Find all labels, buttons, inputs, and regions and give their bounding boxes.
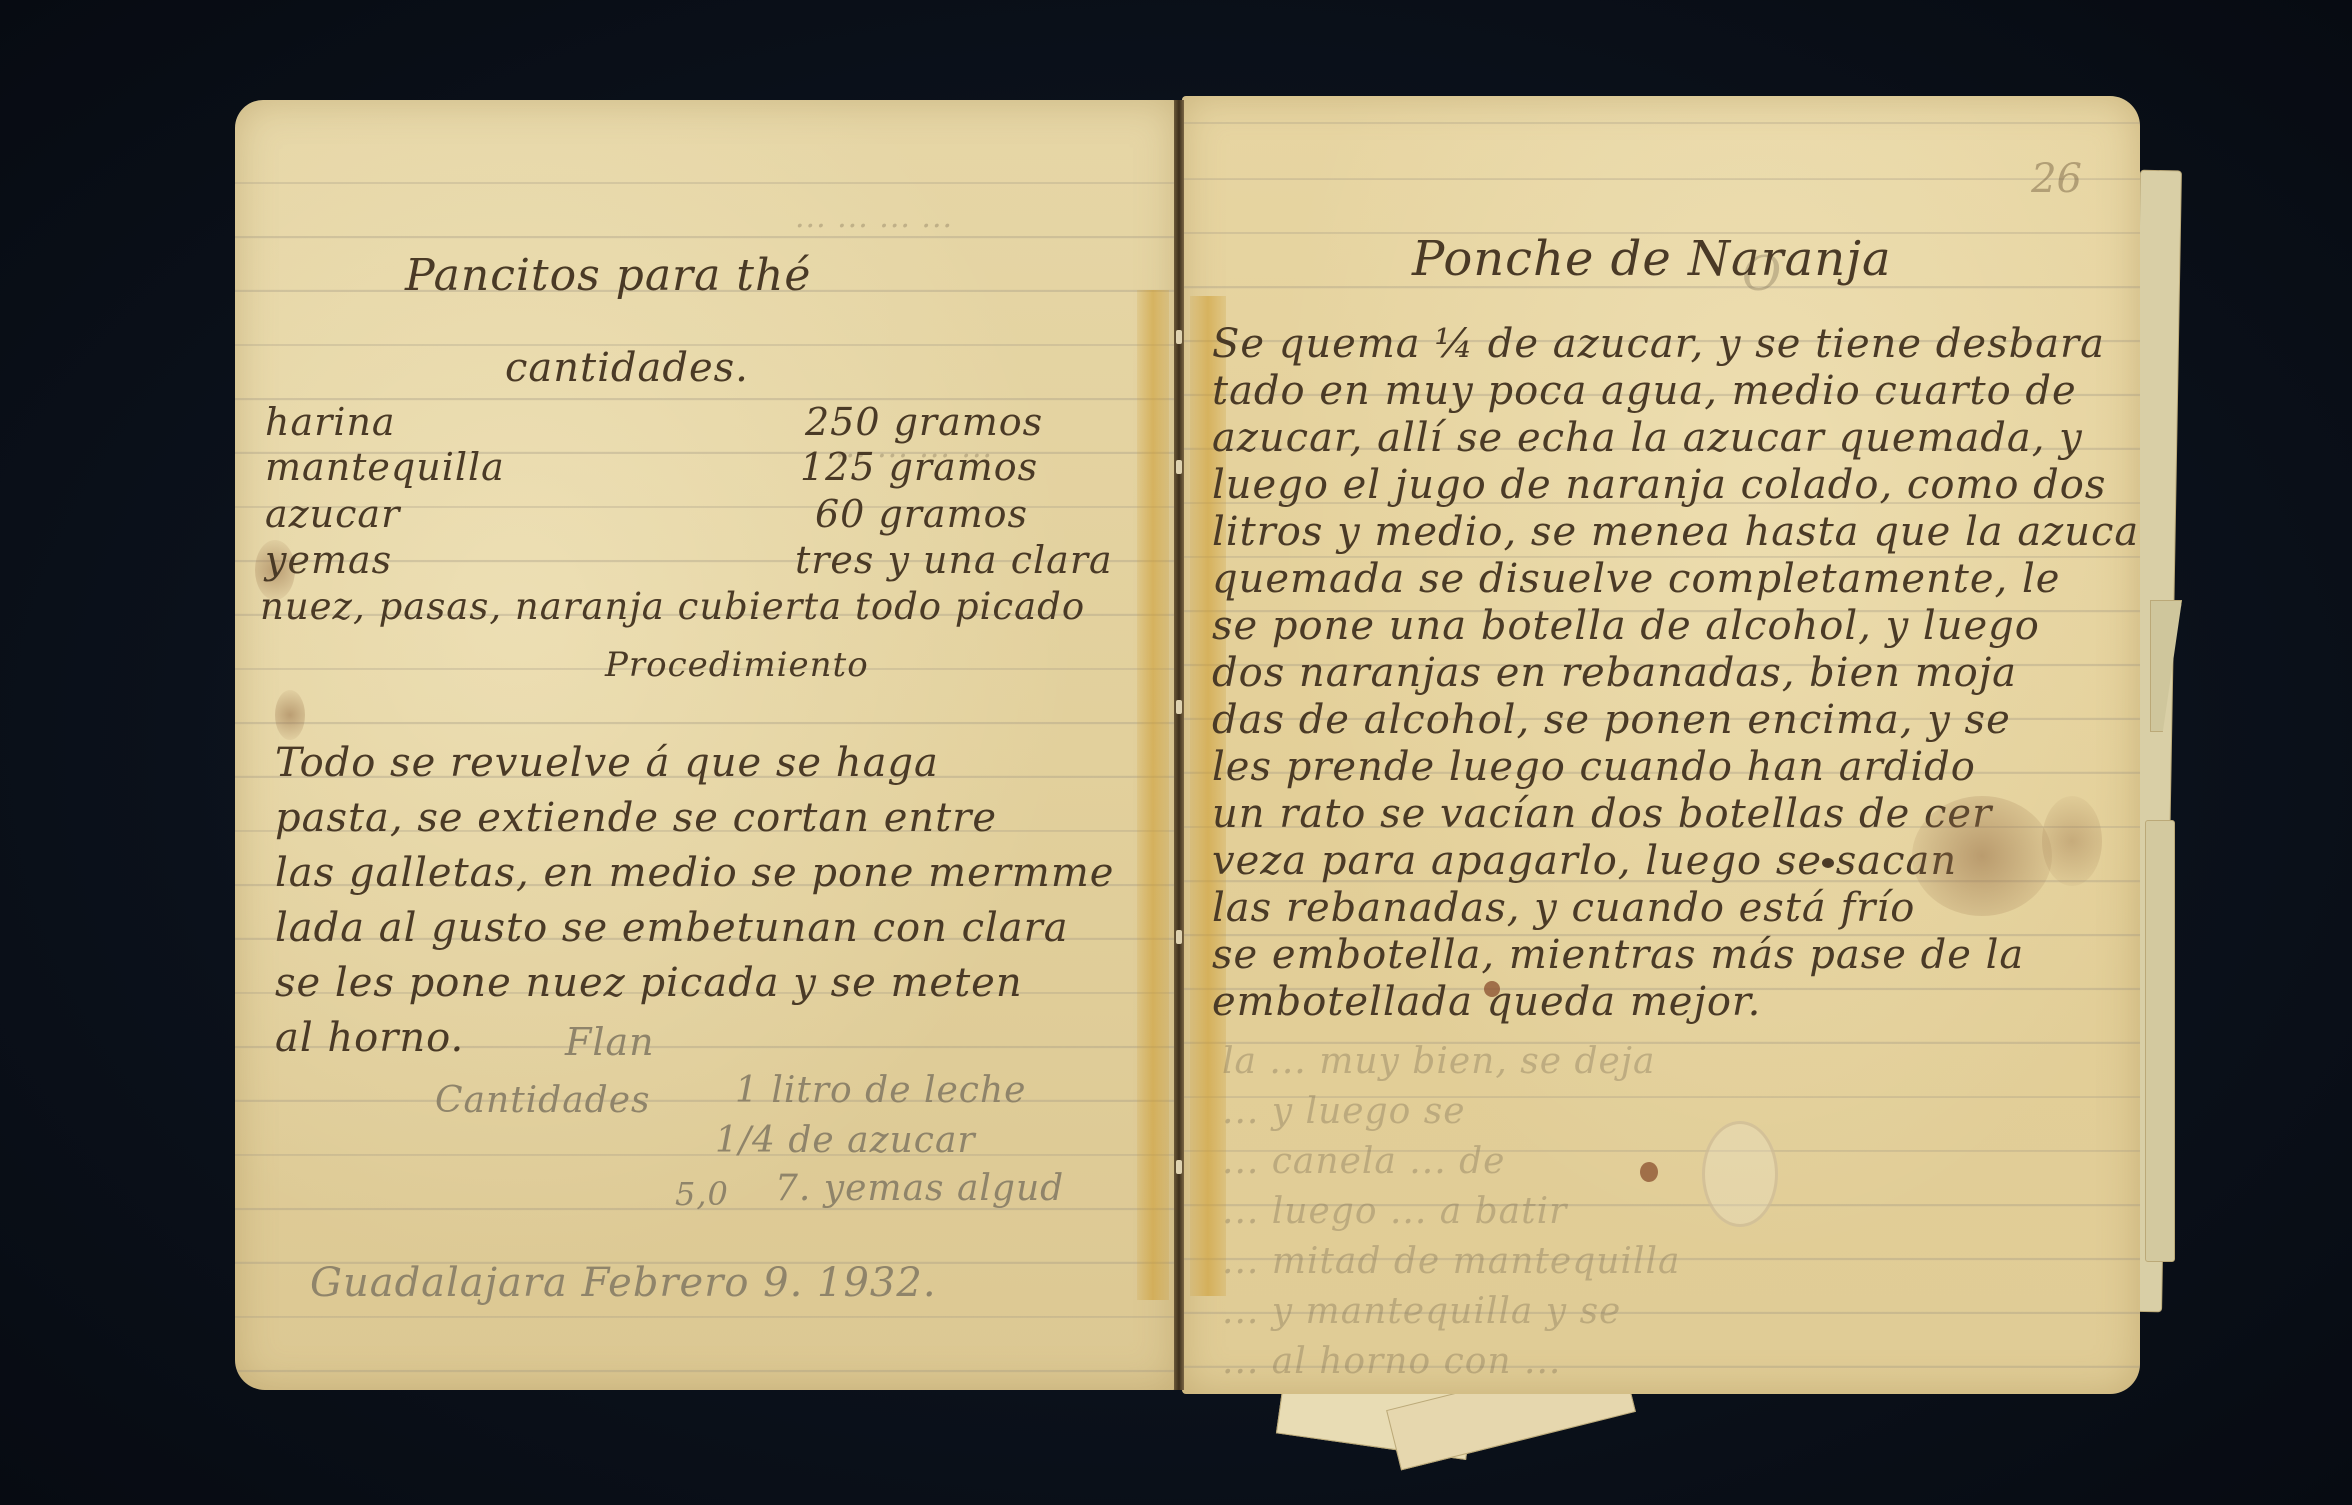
bleed-through-text: ... mitad de mantequilla xyxy=(1222,1241,1680,1282)
ingredient-amount: 250 gramos xyxy=(805,400,1043,444)
procedure-line: las galletas, en medio se pone mermme xyxy=(275,850,1114,896)
bleed-through-text: ... ... ... ... xyxy=(795,200,953,235)
ingredient-name: azucar xyxy=(265,492,400,536)
ingredient-amount: 125 gramos xyxy=(800,445,1038,489)
procedure-heading: Procedimiento xyxy=(605,645,869,685)
binding-spine xyxy=(1174,100,1184,1390)
body-line: litros y medio, se menea hasta que la az… xyxy=(1212,509,2140,555)
ingredient-amount: tres y una clara xyxy=(795,538,1113,582)
binding-stitch xyxy=(1176,1160,1182,1174)
bleed-through-text: ... y luego se xyxy=(1222,1091,1466,1132)
ink-spot xyxy=(1822,858,1834,868)
body-line: se embotella, mientras más pase de la xyxy=(1212,932,2024,978)
body-line: tado en muy poca agua, medio cuarto de xyxy=(1212,368,2077,414)
body-line: las rebanadas, y cuando está frío xyxy=(1212,885,1915,931)
binding-stitch xyxy=(1176,930,1182,944)
left-page: ... ... ... ... ... ... ... ... Pancitos… xyxy=(235,100,1177,1390)
ingredient-name: harina xyxy=(265,400,396,444)
pencil-note-line: 1 litro de leche xyxy=(735,1070,1026,1111)
procedure-line: pasta, se extiende se cortan entre xyxy=(275,795,997,841)
ingredient-name: mantequilla xyxy=(265,445,505,489)
body-line: luego el jugo de naranja colado, como do… xyxy=(1212,462,2106,508)
procedure-line: lada al gusto se embetunan con clara xyxy=(275,905,1069,951)
bleed-through-text: ... canela ... de xyxy=(1222,1141,1505,1182)
bleed-through-text: ... y mantequilla y se xyxy=(1222,1291,1621,1332)
body-line: azucar, allí se echa la azucar quemada, … xyxy=(1212,415,2083,461)
ink-spot xyxy=(1640,1162,1658,1182)
pencil-note-line: 7. yemas algud xyxy=(775,1168,1064,1209)
ink-spot xyxy=(1484,981,1500,997)
body-line: das de alcohol, se ponen encima, y se xyxy=(1212,697,2011,743)
body-line: quemada se disuelve completamente, le xyxy=(1212,556,2060,602)
pencil-note-label: 5,0 xyxy=(675,1175,729,1213)
bleed-through-text: ... al horno con ... xyxy=(1222,1341,1561,1382)
procedure-line: Todo se revuelve á que se haga xyxy=(275,740,939,786)
pencil-note-line: 1/4 de azucar xyxy=(715,1120,976,1161)
page-number: 26 xyxy=(2031,156,2082,202)
ingredients-heading: cantidades. xyxy=(505,345,749,391)
recipe-title: Ponche de Naranja xyxy=(1412,231,1892,287)
body-line: dos naranjas en rebanadas, bien moja xyxy=(1212,650,2017,696)
procedure-line: al horno. xyxy=(275,1015,464,1061)
bleed-through-text: la ... muy bien, se deja xyxy=(1222,1041,1655,1082)
ingredient-name: yemas xyxy=(265,538,392,582)
binding-stitch xyxy=(1176,460,1182,474)
wax-stain xyxy=(1702,1121,1778,1227)
stain xyxy=(275,690,305,740)
bleed-through-text: ... luego ... a batir xyxy=(1222,1191,1567,1232)
recipe-title: Pancitos para thé xyxy=(405,250,811,301)
extras-line: nuez, pasas, naranja cubierta todo picad… xyxy=(260,585,1085,628)
loose-page-edge xyxy=(2145,820,2175,1262)
stain xyxy=(2042,796,2102,886)
right-page: 26 O Ponche de Naranja Se quema ¼ de azu… xyxy=(1182,96,2140,1394)
notebook-photo: ... ... ... ... ... ... ... ... Pancitos… xyxy=(0,0,2352,1505)
ingredient-amount: 60 gramos xyxy=(815,492,1028,536)
place-date-line: Guadalajara Febrero 9. 1932. xyxy=(310,1260,937,1306)
procedure-line: se les pone nuez picada y se meten xyxy=(275,960,1023,1006)
pencil-note-label: Cantidades xyxy=(435,1080,651,1121)
pencil-note-heading: Flan xyxy=(565,1020,655,1064)
body-line: les prende luego cuando han ardido xyxy=(1212,744,1976,790)
binding-stitch xyxy=(1176,330,1182,344)
body-line: se pone una botella de alcohol, y luego xyxy=(1212,603,2040,649)
body-line: un rato se vacían dos botellas de cer xyxy=(1212,791,1992,837)
body-line: Se quema ¼ de azucar, y se tiene desbara xyxy=(1212,321,2105,367)
body-line: veza para apagarlo, luego se sacan xyxy=(1212,838,1957,884)
binding-stain xyxy=(1137,290,1169,1300)
stain xyxy=(1912,796,2052,916)
binding-stitch xyxy=(1176,700,1182,714)
